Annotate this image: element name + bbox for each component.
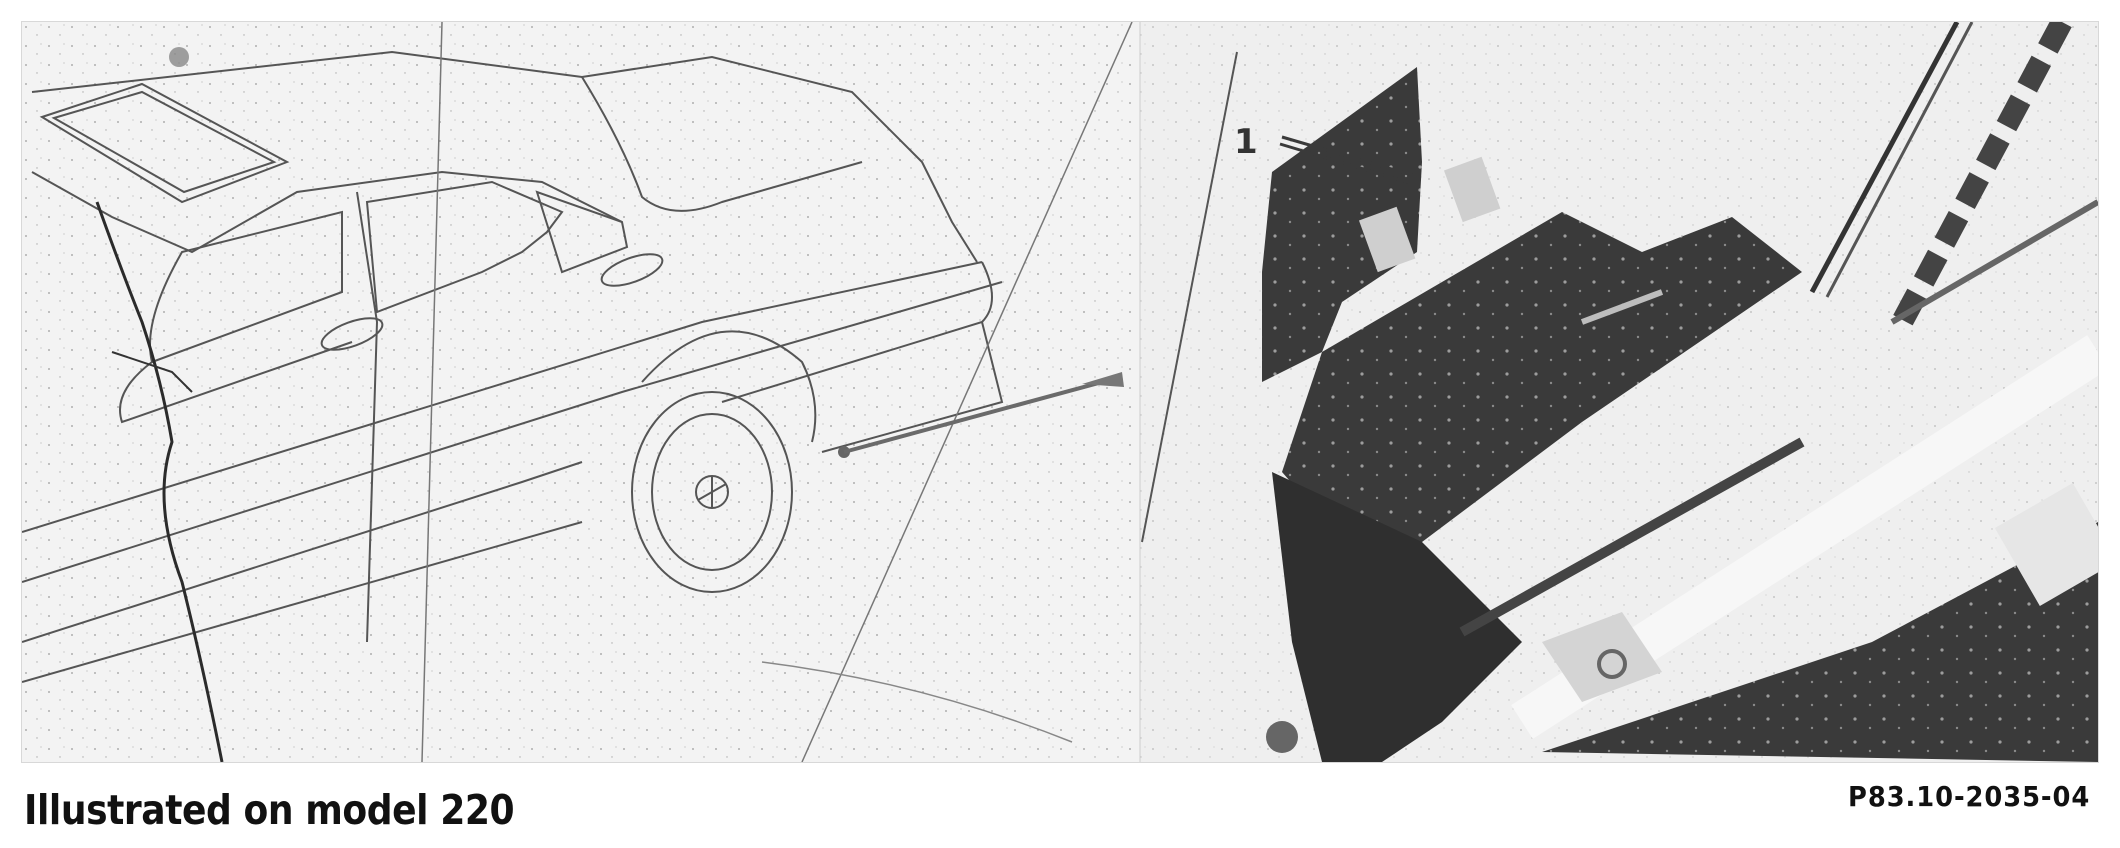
callout-label-1: 1 bbox=[1234, 122, 1258, 162]
component-photo bbox=[1140, 22, 2098, 762]
figure-caption: Illustrated on model 220 bbox=[24, 786, 514, 834]
figure-illustration: 1 bbox=[22, 22, 2098, 762]
figure-code: P83.10-2035-04 bbox=[1848, 780, 2090, 813]
vehicle-drawing bbox=[22, 22, 1142, 762]
illustration-graphic bbox=[22, 22, 2098, 762]
